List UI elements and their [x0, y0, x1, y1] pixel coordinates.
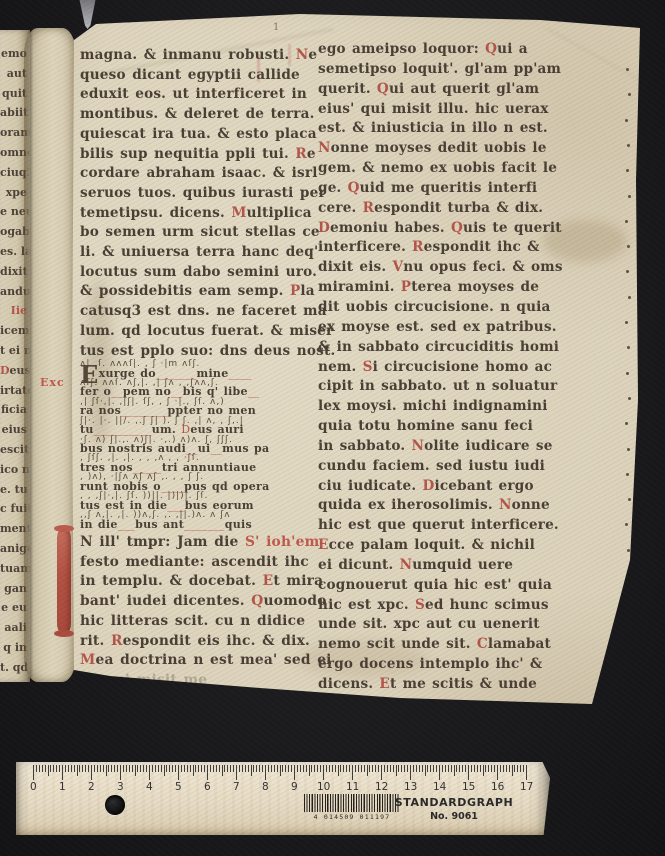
ruler-tick [343, 765, 344, 772]
ruler-tick [262, 765, 263, 772]
ruler-number: 1 [59, 781, 66, 793]
ruler-tick [291, 765, 292, 772]
ruler-tick [338, 765, 339, 776]
ruler-tick [132, 765, 133, 772]
chant-line: , , ,ʃ|·,|. ʃſ. ))||. |)|)|. ʃſ.tus est … [80, 492, 298, 511]
manuscript-line: magna. & inmanu robusti. Ne [80, 46, 292, 66]
manuscript-line: hic est xpc. Sed hunc scimus [318, 596, 546, 616]
ruler-tick [166, 765, 167, 772]
ruler-tick [207, 765, 208, 780]
ruler-tick [332, 765, 333, 772]
ruler-tick [459, 765, 460, 772]
ruler-tick [523, 765, 524, 772]
ruler-tick [509, 765, 510, 772]
manuscript-line: in sabbato. Nolite iudicare se [318, 437, 546, 457]
ruler-tick [401, 765, 402, 772]
ruler-tick [172, 765, 173, 772]
pricking-hole [626, 169, 629, 172]
manuscript-line: rit. Respondit eis ihc. & dix. [80, 632, 295, 652]
ruler-tick [436, 765, 437, 772]
ruler-tick [439, 765, 440, 780]
manuscript-line: hic est que querut interficere. [318, 516, 546, 536]
ruler-tick [152, 765, 153, 772]
pricking-hole [626, 270, 629, 273]
ruler-tick [514, 765, 515, 772]
ruler-number: 12 [375, 781, 388, 793]
pricking-hole [626, 574, 629, 577]
ruler-tick [94, 765, 95, 772]
ruler-tick [433, 765, 434, 772]
ruler-tick [477, 765, 478, 772]
pricking-hole [625, 220, 628, 223]
ruler-tick [323, 765, 324, 780]
ruler: 01234567891011121314151617 4 014509 0111… [16, 762, 550, 835]
ruler-tick [114, 765, 115, 772]
manuscript-line: dit uobis circucisione. n quia [318, 298, 546, 318]
ruler-tick [59, 765, 60, 772]
ruler-tick [404, 765, 405, 772]
pricking-hole [627, 448, 630, 451]
ruler-number: 10 [317, 781, 330, 793]
ruler-number: 13 [404, 781, 417, 793]
manuscript-line: temetipsu. dicens. Multiplica [80, 204, 292, 224]
ruler-tick [201, 765, 202, 772]
manuscript-line: semetipso loquit'. gl'am pp'am [318, 60, 546, 80]
manuscript-line: dixit eis. Vnu opus feci. & oms [318, 258, 546, 278]
manuscript-line: eduxit eos. ut interficeret in [80, 85, 292, 105]
ruler-tick [123, 765, 124, 772]
ruler-tick [158, 765, 159, 772]
chant-text-line: tu__________um. Deus auri [80, 425, 298, 435]
ruler-tick [480, 765, 481, 772]
ruler-tick [164, 765, 165, 776]
ruler-number: 17 [520, 781, 533, 793]
ruler-tick [126, 765, 127, 772]
ruler-tick [85, 765, 86, 772]
chant-margin-label: Exc [40, 376, 65, 389]
ruler-tick [242, 765, 243, 772]
manuscript-line: cipit in sabbato. ut n soluatur [318, 377, 546, 397]
pricking-hole [627, 650, 630, 653]
ruler-tick [474, 765, 475, 772]
chant-line: ,,ʃ ʌ,|. ,|. ))ʌ,ʃ. ,. ,||.)ʌ. ʌ ʃʌin di… [80, 511, 298, 530]
manuscript-line: miramini. Pterea moyses de [318, 278, 546, 298]
pricking-hole [628, 599, 631, 602]
ruler-tick [39, 765, 40, 772]
ruler-tick [285, 765, 286, 772]
manuscript-line: catusq3 est dns. ne faceret ma [80, 302, 292, 322]
ruler-tick [137, 765, 138, 772]
ruler-tick [413, 765, 414, 772]
manuscript-line: li. & uniuersa terra hanc deq' [80, 243, 292, 263]
manuscript-line: ex moyse est. sed ex patribus. [318, 318, 546, 338]
ruler-tick [36, 765, 37, 772]
ruler-tick [227, 765, 228, 772]
ruler-number: 11 [346, 781, 359, 793]
ruler-tick [422, 765, 423, 772]
pricking-hole [627, 346, 630, 349]
ruler-tick [184, 765, 185, 772]
ruler-tick [465, 765, 466, 772]
pricking-hole [626, 473, 629, 476]
ruler-tick [390, 765, 391, 772]
ruler-tick [106, 765, 107, 776]
pricking-hole [627, 245, 630, 248]
manuscript-line: hic litteras scit. cu n didice [80, 612, 295, 632]
ruler-tick [82, 765, 83, 772]
ruler-tick [265, 765, 266, 780]
chant-notation-block: ʌ| ,ſ. ʌʌʌſ|. , ʃ ·|m ʌſʃ.Exurge do_____… [80, 360, 298, 530]
ruler-tick [483, 765, 484, 776]
ruler-tick [320, 765, 321, 772]
ruler-tick [45, 765, 46, 772]
ruler-tick [416, 765, 417, 772]
chant-line: ʌ| ,ſ. ʌʌʌſ|. , ʃ ·|m ʌſʃ.Exurge do_____… [80, 360, 298, 379]
ruler-tick [503, 765, 504, 772]
ruler-tick [311, 765, 312, 772]
chant-line: ʃ|·. |·. ||/. ,.ʃ ʃ| ). ʃ ʃ. ,| ʌ, , ʃ,.… [80, 417, 298, 436]
chant-line: , ʃſʃ. ,|. ,|. , , ,ʌ , , ·ʃſ.tres nos__… [80, 454, 298, 473]
ruler-tick [317, 765, 318, 772]
ruler-tick [303, 765, 304, 772]
manuscript-line: ego ameipso loquor: Qui a [318, 40, 546, 60]
manuscript-line: cundu faciem. sed iustu iudi [318, 457, 546, 477]
ruler-tick [442, 765, 443, 772]
ruler-number: 16 [491, 781, 504, 793]
ruler-tick [300, 765, 301, 772]
manuscript-line: cognouerut quia hic est' quia [318, 576, 546, 596]
ruler-tick [56, 765, 57, 772]
ruler-tick [349, 765, 350, 772]
ruler-tick [233, 765, 234, 772]
pricking-hole [627, 549, 630, 552]
manuscript-line: nemo scit unde sit. Clamabat [318, 635, 546, 655]
ruler-tick [79, 765, 80, 772]
ruler-model: No. 9061 [393, 811, 515, 822]
ruler-tick [364, 765, 365, 772]
manuscript-line: bant' iudei dicentes. Quomodo [80, 592, 295, 612]
ruler-tick [135, 765, 136, 776]
ruler-tick [222, 765, 223, 776]
ruler-tick [219, 765, 220, 772]
manuscript-leaf: 1 magna. & inmanu robusti. Nequeso dican… [0, 0, 665, 856]
ruler-tick [512, 765, 513, 776]
ruler-tick [33, 765, 34, 780]
ruler-tick [468, 765, 469, 780]
ruler-tick [71, 765, 72, 772]
ruler-tick [358, 765, 359, 772]
pricking-hole [626, 68, 629, 71]
ruler-tick [253, 765, 254, 772]
manuscript-line: lex moysi. michi indignamini [318, 397, 546, 417]
ruler-tick [355, 765, 356, 772]
ruler-tick [161, 765, 162, 772]
ruler-tick [97, 765, 98, 772]
page-holder-clip [77, 0, 98, 29]
manuscript-line: quida ex iherosolimis. Nonne [318, 496, 546, 516]
ruler-tick [193, 765, 194, 776]
ruler-tick [230, 765, 231, 772]
ruler-tick [329, 765, 330, 772]
manuscript-line: ei dicunt. Numquid uere [318, 556, 546, 576]
ruler-tick [108, 765, 109, 772]
ruler-tick [175, 765, 176, 772]
barcode-digits: 4 014509 011197 [304, 813, 400, 821]
chant-line: ,| ʃſ·,|. ,|ʃ|. ſʃ, , ʃ ·|., ʃſ. ʌ,)ra n… [80, 398, 298, 417]
pricking-hole [625, 119, 628, 122]
ruler-tick [248, 765, 249, 772]
ruler-tick [103, 765, 104, 772]
ruler-tick [239, 765, 240, 772]
ruler-tick [68, 765, 69, 772]
ruler-number: 8 [262, 781, 269, 793]
manuscript-line: lum. qd locutus fuerat. & miser [80, 322, 292, 342]
ruler-number: 14 [433, 781, 446, 793]
ruler-tick [224, 765, 225, 772]
gospel-initial-i [57, 527, 71, 635]
ruler-tick [297, 765, 298, 772]
right-text-column: ego ameipso loquor: Qui asemetipso loqui… [318, 40, 546, 695]
ruler-tick [204, 765, 205, 772]
ruler-tick [451, 765, 452, 772]
ruler-tick [280, 765, 281, 776]
ruler-tick [155, 765, 156, 772]
ruler-tick [335, 765, 336, 772]
ruler-tick [50, 765, 51, 772]
manuscript-line: in templu. & docebat. Et mira [80, 572, 295, 592]
ruler-hole [105, 795, 125, 815]
ruler-tick [361, 765, 362, 772]
manuscript-line: us qui misit me [80, 671, 295, 691]
ruler-tick [526, 765, 527, 780]
ruler-tick [48, 765, 49, 776]
ruler-tick [190, 765, 191, 772]
ruler-tick [62, 765, 63, 780]
ruler-tick [462, 765, 463, 772]
manuscript-line: eius' qui misit illu. hic uerax [318, 100, 546, 120]
manuscript-line: bo semen urm sicut stellas ce [80, 223, 292, 243]
manuscript-line: bilis sup nequitia ppli tui. Re [80, 145, 292, 165]
manuscript-line: ergo docens intemplo ihc' & [318, 655, 546, 675]
ruler-tick [91, 765, 92, 780]
ruler-tick [387, 765, 388, 772]
manuscript-line: interficere. Respondit ihc & [318, 238, 546, 258]
manuscript-line: ge. Quid me queritis interfi [318, 179, 546, 199]
pricking-hole [628, 397, 631, 400]
manuscript-line: cordare abraham isaac. & isrl' [80, 164, 292, 184]
pricking-hole [625, 625, 628, 628]
ruler-tick [488, 765, 489, 772]
gospel-text-column: N ill' tmpr: Jam die S' ioh'emfesto medi… [80, 533, 295, 691]
ruler-tick [427, 765, 428, 772]
ruler-number: 4 [146, 781, 153, 793]
ruler-number: 7 [233, 781, 240, 793]
ruler-tick [393, 765, 394, 772]
ruler-tick [314, 765, 315, 772]
ruler-tick [111, 765, 112, 772]
ruler-tick [294, 765, 295, 780]
ruler-tick [407, 765, 408, 772]
ruler-tick [506, 765, 507, 772]
ruler-tick [129, 765, 130, 772]
manuscript-line: dicens. Et me scitis & unde [318, 675, 546, 695]
manuscript-line: queso dicant egyptii callide [80, 66, 292, 86]
ruler-tick [42, 765, 43, 772]
manuscript-line: Mea doctrina n est mea' sed ei [80, 651, 295, 671]
pricking-hole [626, 372, 629, 375]
ruler-tick [309, 765, 310, 776]
manuscript-line: locutus sum dabo semini uro. [80, 263, 292, 283]
left-text-column: magna. & inmanu robusti. Nequeso dicant … [80, 46, 292, 361]
ruler-tick [346, 765, 347, 772]
manuscript-line: nem. Si circucisione homo ac [318, 358, 546, 378]
chant-line: ·ʃ. ʌ) ʃ|.,. ʌ)ʃ|. ·,.) ʌ)ʌ. ʃ, ʃʃʃ.bus … [80, 436, 298, 455]
manuscript-line: festo mediante: ascendit ihc [80, 553, 295, 573]
ruler-tick [326, 765, 327, 772]
ruler-number: 3 [117, 781, 124, 793]
chant-text-line: in die___bus ant_______quis [80, 520, 298, 530]
ruler-tick [419, 765, 420, 772]
ruler-tick [491, 765, 492, 772]
ruler-tick [65, 765, 66, 772]
ruler-tick [456, 765, 457, 772]
ruler-tick [274, 765, 275, 772]
ruler-tick [396, 765, 397, 776]
ruler-tick [117, 765, 118, 772]
ruler-tick [500, 765, 501, 772]
ruler-tick [494, 765, 495, 772]
ruler-tick [372, 765, 373, 772]
ruler-tick [216, 765, 217, 772]
manuscript-line: ciu iudicate. Dicebant ergo [318, 477, 546, 497]
pricking-hole [628, 296, 631, 299]
ruler-tick [77, 765, 78, 776]
ruler-tick [425, 765, 426, 776]
ruler-tick [120, 765, 121, 780]
ruler-number: 2 [88, 781, 95, 793]
ruler-number: 15 [462, 781, 475, 793]
ruler-number: 0 [30, 781, 37, 793]
manuscript-line: gem. & nemo ex uobis facit le [318, 159, 546, 179]
ruler-tick [384, 765, 385, 772]
ruler-number: 6 [204, 781, 211, 793]
pricking-hole [627, 144, 630, 147]
ruler-tick [517, 765, 518, 772]
ruler-tick [236, 765, 237, 780]
ruler-tick [378, 765, 379, 772]
manuscript-line: & possidebitis eam semp. Pla [80, 282, 292, 302]
chant-line: ʌſʃ. ʌʌſ. ʌʃ,|. ,| ʃʌ , ,ʃʌʌ,ʃ.fer o__pe… [80, 379, 298, 398]
ruler-tick [352, 765, 353, 780]
ruler-tick [369, 765, 370, 772]
manuscript-line: montibus. & deleret de terra. [80, 105, 292, 125]
ruler-tick [198, 765, 199, 772]
ruler-tick [520, 765, 521, 772]
barcode: 4 014509 011197 [304, 794, 400, 822]
manuscript-line: seruos tuos. quibus iurasti per [80, 184, 292, 204]
manuscript-photo: emoautquitabiitoramomneciuq3xpee neuogab… [0, 0, 665, 856]
ruler-tick [195, 765, 196, 772]
manuscript-line: est. & iniusticia in illo n est. [318, 119, 546, 139]
manuscript-line: & in sabbato circuciditis homi [318, 338, 546, 358]
pricking-hole [628, 93, 631, 96]
pricking-hole [625, 523, 628, 526]
manuscript-line: Nonne moyses dedit uobis le [318, 139, 546, 159]
ruler-tick [210, 765, 211, 772]
ruler-tick [181, 765, 182, 772]
ruler-tick [245, 765, 246, 772]
folio-number: 1 [273, 22, 279, 33]
ruler-tick [256, 765, 257, 772]
ruler-tick [485, 765, 486, 772]
ruler-tick [143, 765, 144, 772]
manuscript-line: querit. Qui aut querit gl'am [318, 80, 546, 100]
manuscript-line: cere. Respondit turba & dix. [318, 199, 546, 219]
chant-line: , )ʌ), ·|ʃʌ ʌʃ ʌʃ ,. , , ʃ ʃ.runt nobis … [80, 473, 298, 492]
ruler-tick [454, 765, 455, 776]
ruler-tick [271, 765, 272, 772]
ruler-tick [140, 765, 141, 772]
ruler-tick [268, 765, 269, 772]
barcode-bars [304, 794, 400, 812]
ruler-tick [88, 765, 89, 772]
ruler-tick [471, 765, 472, 772]
fold-crease-top-right [545, 28, 655, 90]
ruler-tick [178, 765, 179, 780]
manuscript-line: N ill' tmpr: Jam die S' ioh'em [80, 533, 295, 553]
ruler-tick [251, 765, 252, 776]
ruler-tick [277, 765, 278, 772]
ruler-brand: STANDARDGRAPH [393, 796, 515, 809]
ruler-number: 9 [291, 781, 298, 793]
ruler-tick [410, 765, 411, 780]
ruler-number: 5 [175, 781, 182, 793]
ruler-tick [367, 765, 368, 776]
ruler-tick [381, 765, 382, 780]
ruler-tick [74, 765, 75, 772]
manuscript-line: quia totu homine sanu feci [318, 417, 546, 437]
ruler-tick [288, 765, 289, 772]
ruler-tick [398, 765, 399, 772]
ruler-tick [146, 765, 147, 772]
manuscript-line: unde sit. xpc aut cu uenerit [318, 615, 546, 635]
pricking-hole [628, 498, 631, 501]
ruler-tick [259, 765, 260, 772]
ruler-tick [306, 765, 307, 772]
pricking-hole [625, 321, 628, 324]
ruler-tick [213, 765, 214, 772]
ruler-tick [100, 765, 101, 772]
ruler-tick [149, 765, 150, 780]
pricking-hole [625, 422, 628, 425]
pricking-hole [628, 195, 631, 198]
ruler-tick [497, 765, 498, 780]
ruler-tick [340, 765, 341, 772]
manuscript-line: Demoniu habes. Quis te querit [318, 219, 546, 239]
manuscript-line: quiescat ira tua. & esto placa [80, 125, 292, 145]
ruler-tick [430, 765, 431, 772]
manuscript-line: Ecce palam loquit. & nichil [318, 536, 546, 556]
ruler-tick [448, 765, 449, 772]
ruler-tick [169, 765, 170, 772]
ruler-tick [375, 765, 376, 772]
ruler-tick [53, 765, 54, 772]
ruler-tick [187, 765, 188, 772]
ruler-tick [282, 765, 283, 772]
ruler-tick [445, 765, 446, 772]
